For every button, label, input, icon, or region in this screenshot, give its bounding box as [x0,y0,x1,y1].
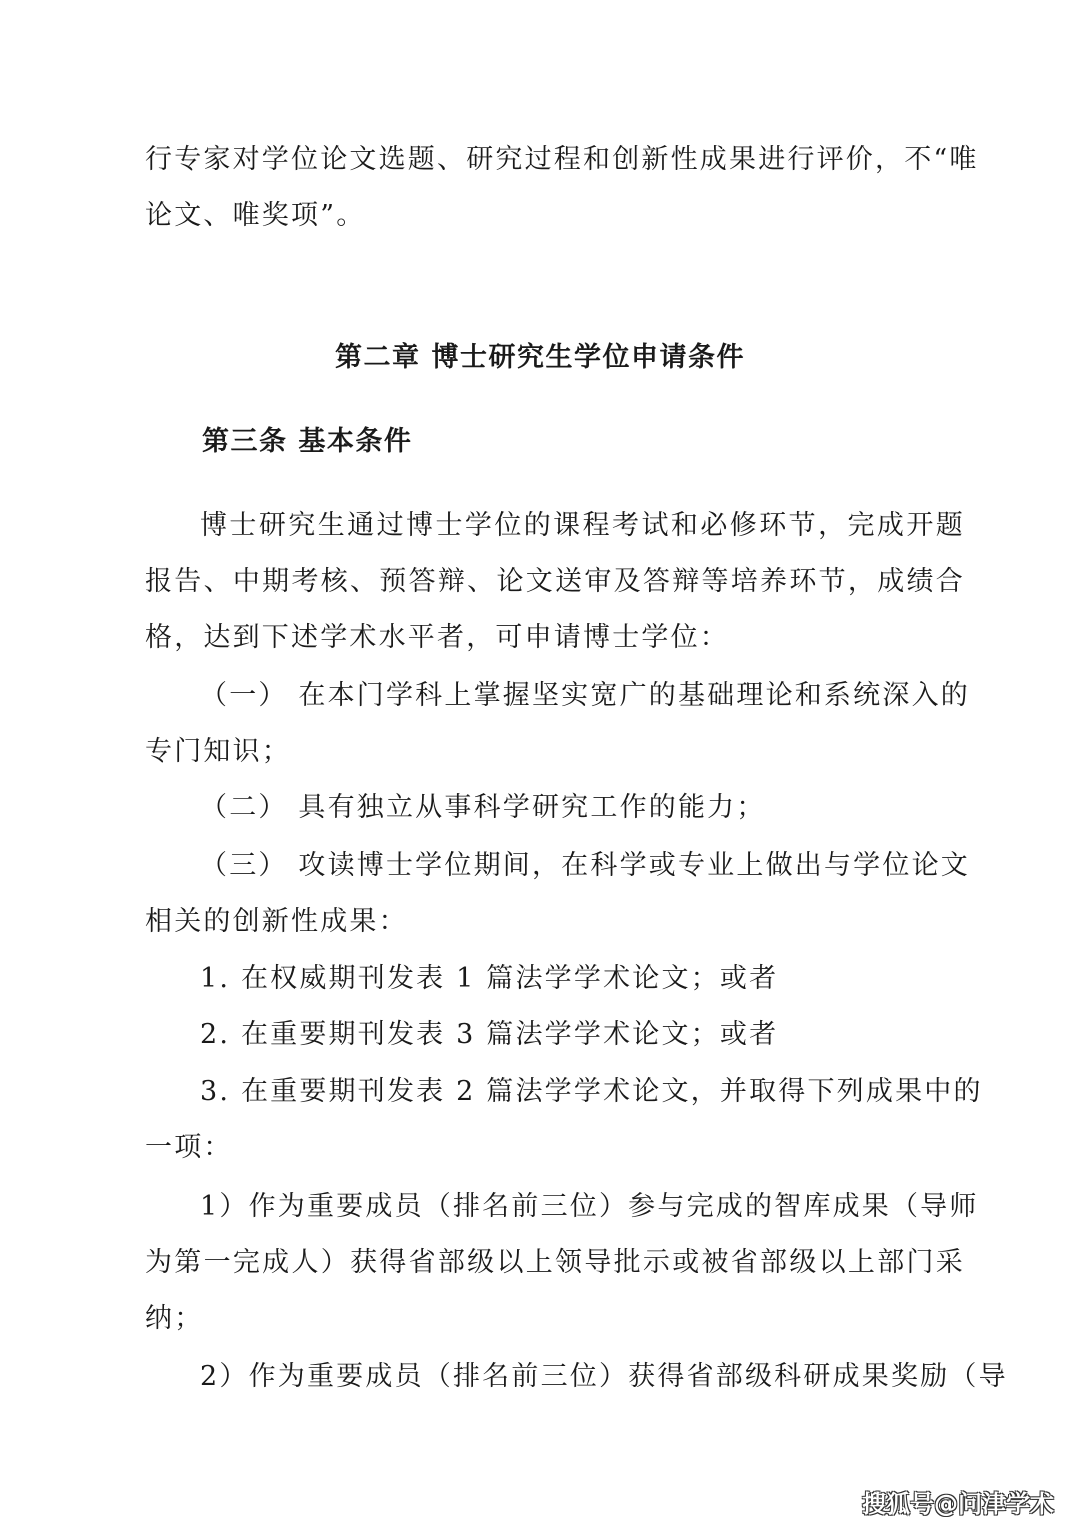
paragraph-line-3: 格，达到下述学术水平者，可申请博士学位： [145,621,965,655]
item-1-line-2: 专门知识； [145,735,965,769]
sub-sub-item-2-line-1: 2）作为重要成员（排名前三位）获得省部级科研成果奖励（导 [200,1360,965,1394]
watermark: 搜狐号@问津学术 [862,1490,1054,1518]
article-title: 第三条 基本条件 [202,425,412,459]
sub-sub-item-1-line-1: 1）作为重要成员（排名前三位）参与完成的智库成果（导师 [200,1190,965,1224]
sub-sub-item-1-line-2: 为第一完成人）获得省部级以上领导批示或被省部级以上部门采 [145,1246,965,1280]
item-1-line-1: （一） 在本门学科上掌握坚实宽广的基础理论和系统深入的 [200,679,965,713]
chapter-title: 第二章 博士研究生学位申请条件 [0,341,1080,375]
sub-item-2: 2. 在重要期刊发表 3 篇法学学术论文；或者 [200,1018,965,1052]
intro-line-2: 论文、唯奖项”。 [145,199,965,233]
sub-sub-item-1-line-3: 纳； [145,1302,965,1336]
sub-item-3-line-1: 3. 在重要期刊发表 2 篇法学学术论文，并取得下列成果中的 [200,1075,965,1109]
paragraph-line-1: 博士研究生通过博士学位的课程考试和必修环节，完成开题 [200,509,965,543]
paragraph-line-2: 报告、中期考核、预答辩、论文送审及答辩等培养环节，成绩合 [145,565,965,599]
item-3-line-1: （三） 攻读博士学位期间，在科学或专业上做出与学位论文 [200,849,965,883]
sub-item-3-line-2: 一项： [145,1131,965,1165]
item-3-line-2: 相关的创新性成果： [145,905,965,939]
item-2-line-1: （二） 具有独立从事科学研究工作的能力； [200,791,965,825]
intro-line-1: 行专家对学位论文选题、研究过程和创新性成果进行评价，不“唯 [145,143,965,177]
sub-item-1: 1. 在权威期刊发表 1 篇法学学术论文；或者 [200,962,965,996]
